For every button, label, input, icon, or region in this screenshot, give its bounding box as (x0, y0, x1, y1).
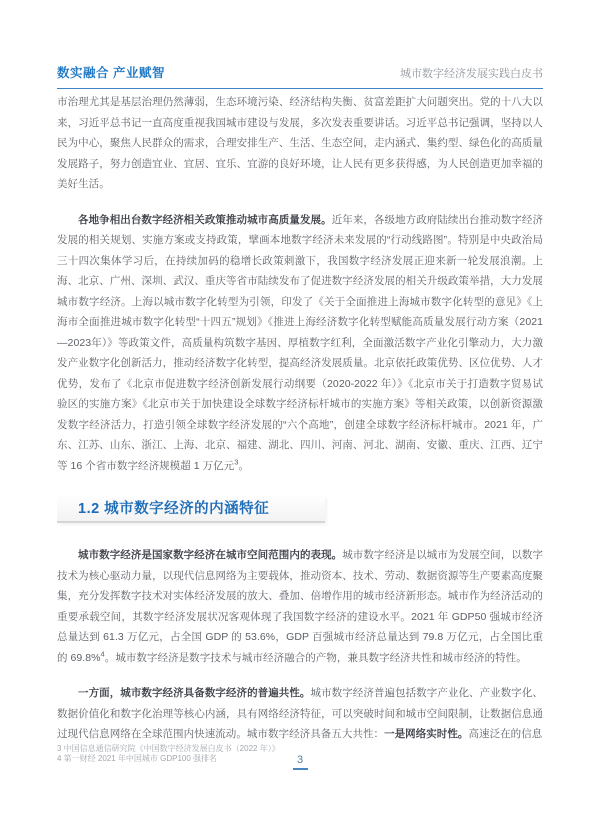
header-right-title: 城市数字经济发展实践白皮书 (400, 65, 543, 81)
paragraph-commonality: 一方面，城市数字经济具备数字经济的普遍共性。城市数字经济普遍包括数字产业化、产业… (57, 683, 543, 745)
section-heading-text: 1.2 城市数字经济的内涵特征 (78, 501, 269, 517)
page-body: 市治理尤其是基层治理仍然薄弱，生态环境污染、经济结构失衡、贫富差距扩大问题突出。… (57, 92, 543, 760)
header-left-title: 数实融合 产业赋智 (57, 63, 165, 81)
document-page: 数实融合 产业赋智 城市数字经济发展实践白皮书 市治理尤其是基层治理仍然薄弱，生… (0, 0, 600, 814)
paragraph-local-policies: 各地争相出台数字经济相关政策推动城市高质量发展。近年来，各级地方政府陆续出台推动… (57, 210, 543, 477)
paragraph-definition: 城市数字经济是国家数字经济在城市空间范围内的表现。城市数字经济是以城市为发展空间… (57, 545, 543, 668)
paragraph-urban-governance: 市治理尤其是基层治理仍然薄弱，生态环境污染、经济结构失衡、贫富差距扩大问题突出。… (57, 92, 543, 195)
section-heading-1-2: 1.2 城市数字经济的内涵特征 (57, 496, 325, 523)
page-number: 3 (293, 754, 308, 770)
page-header: 数实融合 产业赋智 城市数字经济发展实践白皮书 (57, 63, 543, 89)
page-number-area: 3 (0, 750, 600, 770)
